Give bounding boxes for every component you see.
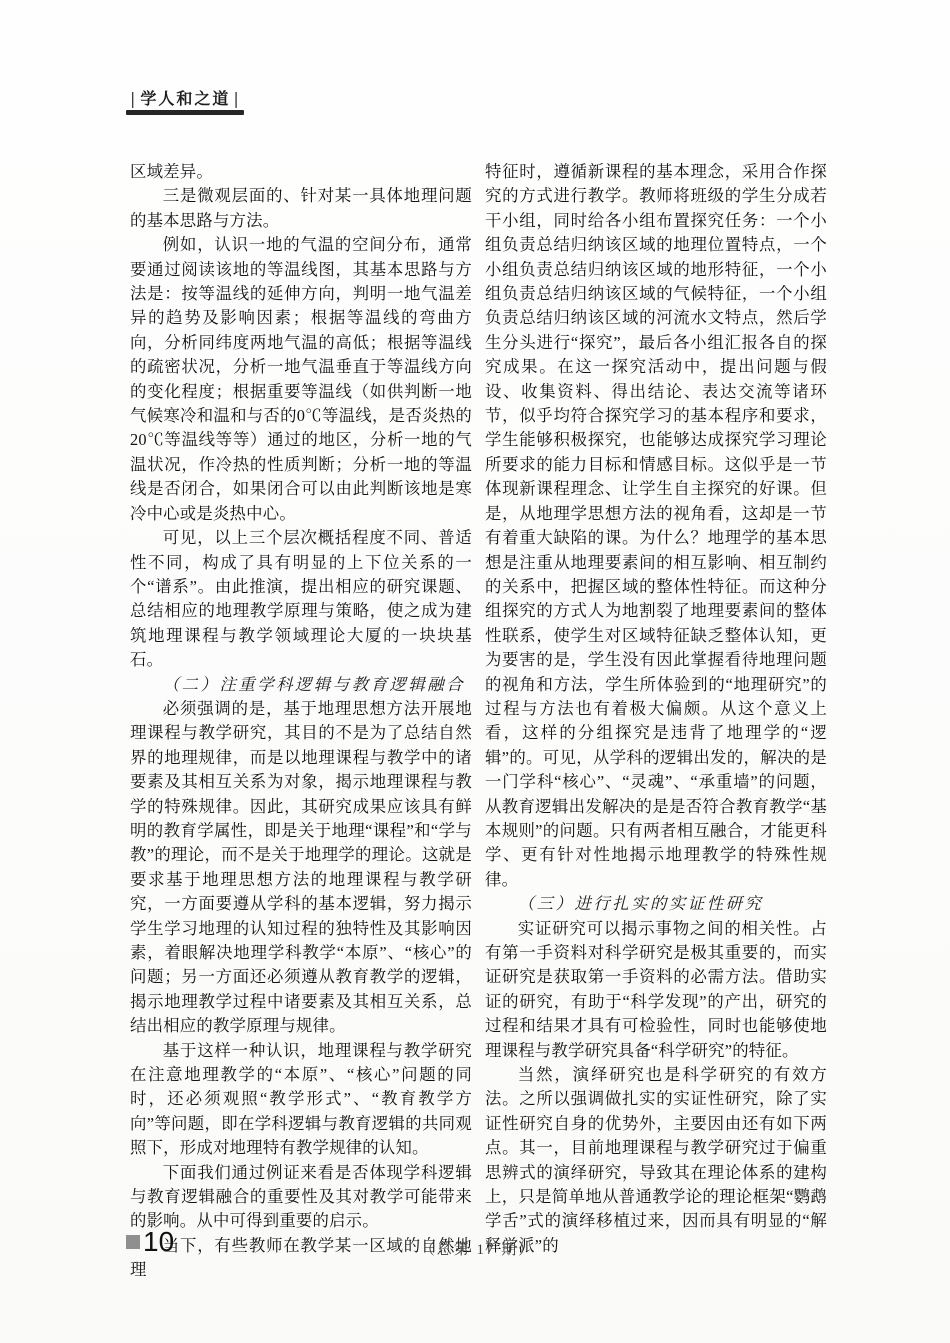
paragraph: 三是微观层面的、针对某一具体地理问题的基本思路与方法。 (130, 184, 472, 233)
paragraph: 特征时，遵循新课程的基本理念，采用合作探究的方式进行教学。教师将班级的学生分成若… (485, 160, 827, 892)
scanned-journal-page: |学人和之道| 区域差异。 三是微观层面的、针对某一具体地理问题的基本思路与方法… (0, 0, 950, 1343)
paragraph: 可见，以上三个层次概括程度不同、普适性不同，构成了具有明显的上下位关系的一个“谱… (130, 526, 472, 672)
header-underline (126, 110, 244, 115)
paragraph: 实证研究可以揭示事物之间的相关性。占有第一手资料对科学研究是极其重要的，而实证研… (485, 917, 827, 1063)
paragraph: 例如，认识一地的气温的空间分布，通常要通过阅读该地的等温线图，其基本思路与方法是… (130, 233, 472, 526)
header-left-bar: | (127, 89, 140, 108)
page-footer: 10 （总第 17 期） (0, 1224, 950, 1274)
paragraph: 区域差异。 (130, 160, 472, 184)
column-title: 学人和之道 (140, 89, 230, 108)
issue-note: （总第 17 期） (130, 1238, 825, 1259)
paragraph: 必须强调的是，基于地理思想方法开展地理课程与教学研究，其目的不是为了总结自然界的… (130, 697, 472, 1039)
right-text-column: 特征时，遵循新课程的基本理念，采用合作探究的方式进行教学。教师将班级的学生分成若… (485, 160, 827, 1258)
paragraph: 基于这样一种认识，地理课程与教学研究在注意地理教学的“本原”、“核心”问题的同时… (130, 1039, 472, 1161)
left-text-column: 区域差异。 三是微观层面的、针对某一具体地理问题的基本思路与方法。 例如，认识一… (130, 160, 472, 1283)
section-heading: （三）进行扎实的实证性研究 (485, 892, 827, 916)
section-heading: （二）注重学科逻辑与教育逻辑融合 (130, 673, 472, 697)
paragraph: 下面我们通过例证来看是否体现学科逻辑与教育逻辑融合的重要性及其对教学可能带来的影… (130, 1161, 472, 1234)
page-header: |学人和之道| (127, 86, 244, 109)
header-right-bar: | (230, 89, 243, 108)
